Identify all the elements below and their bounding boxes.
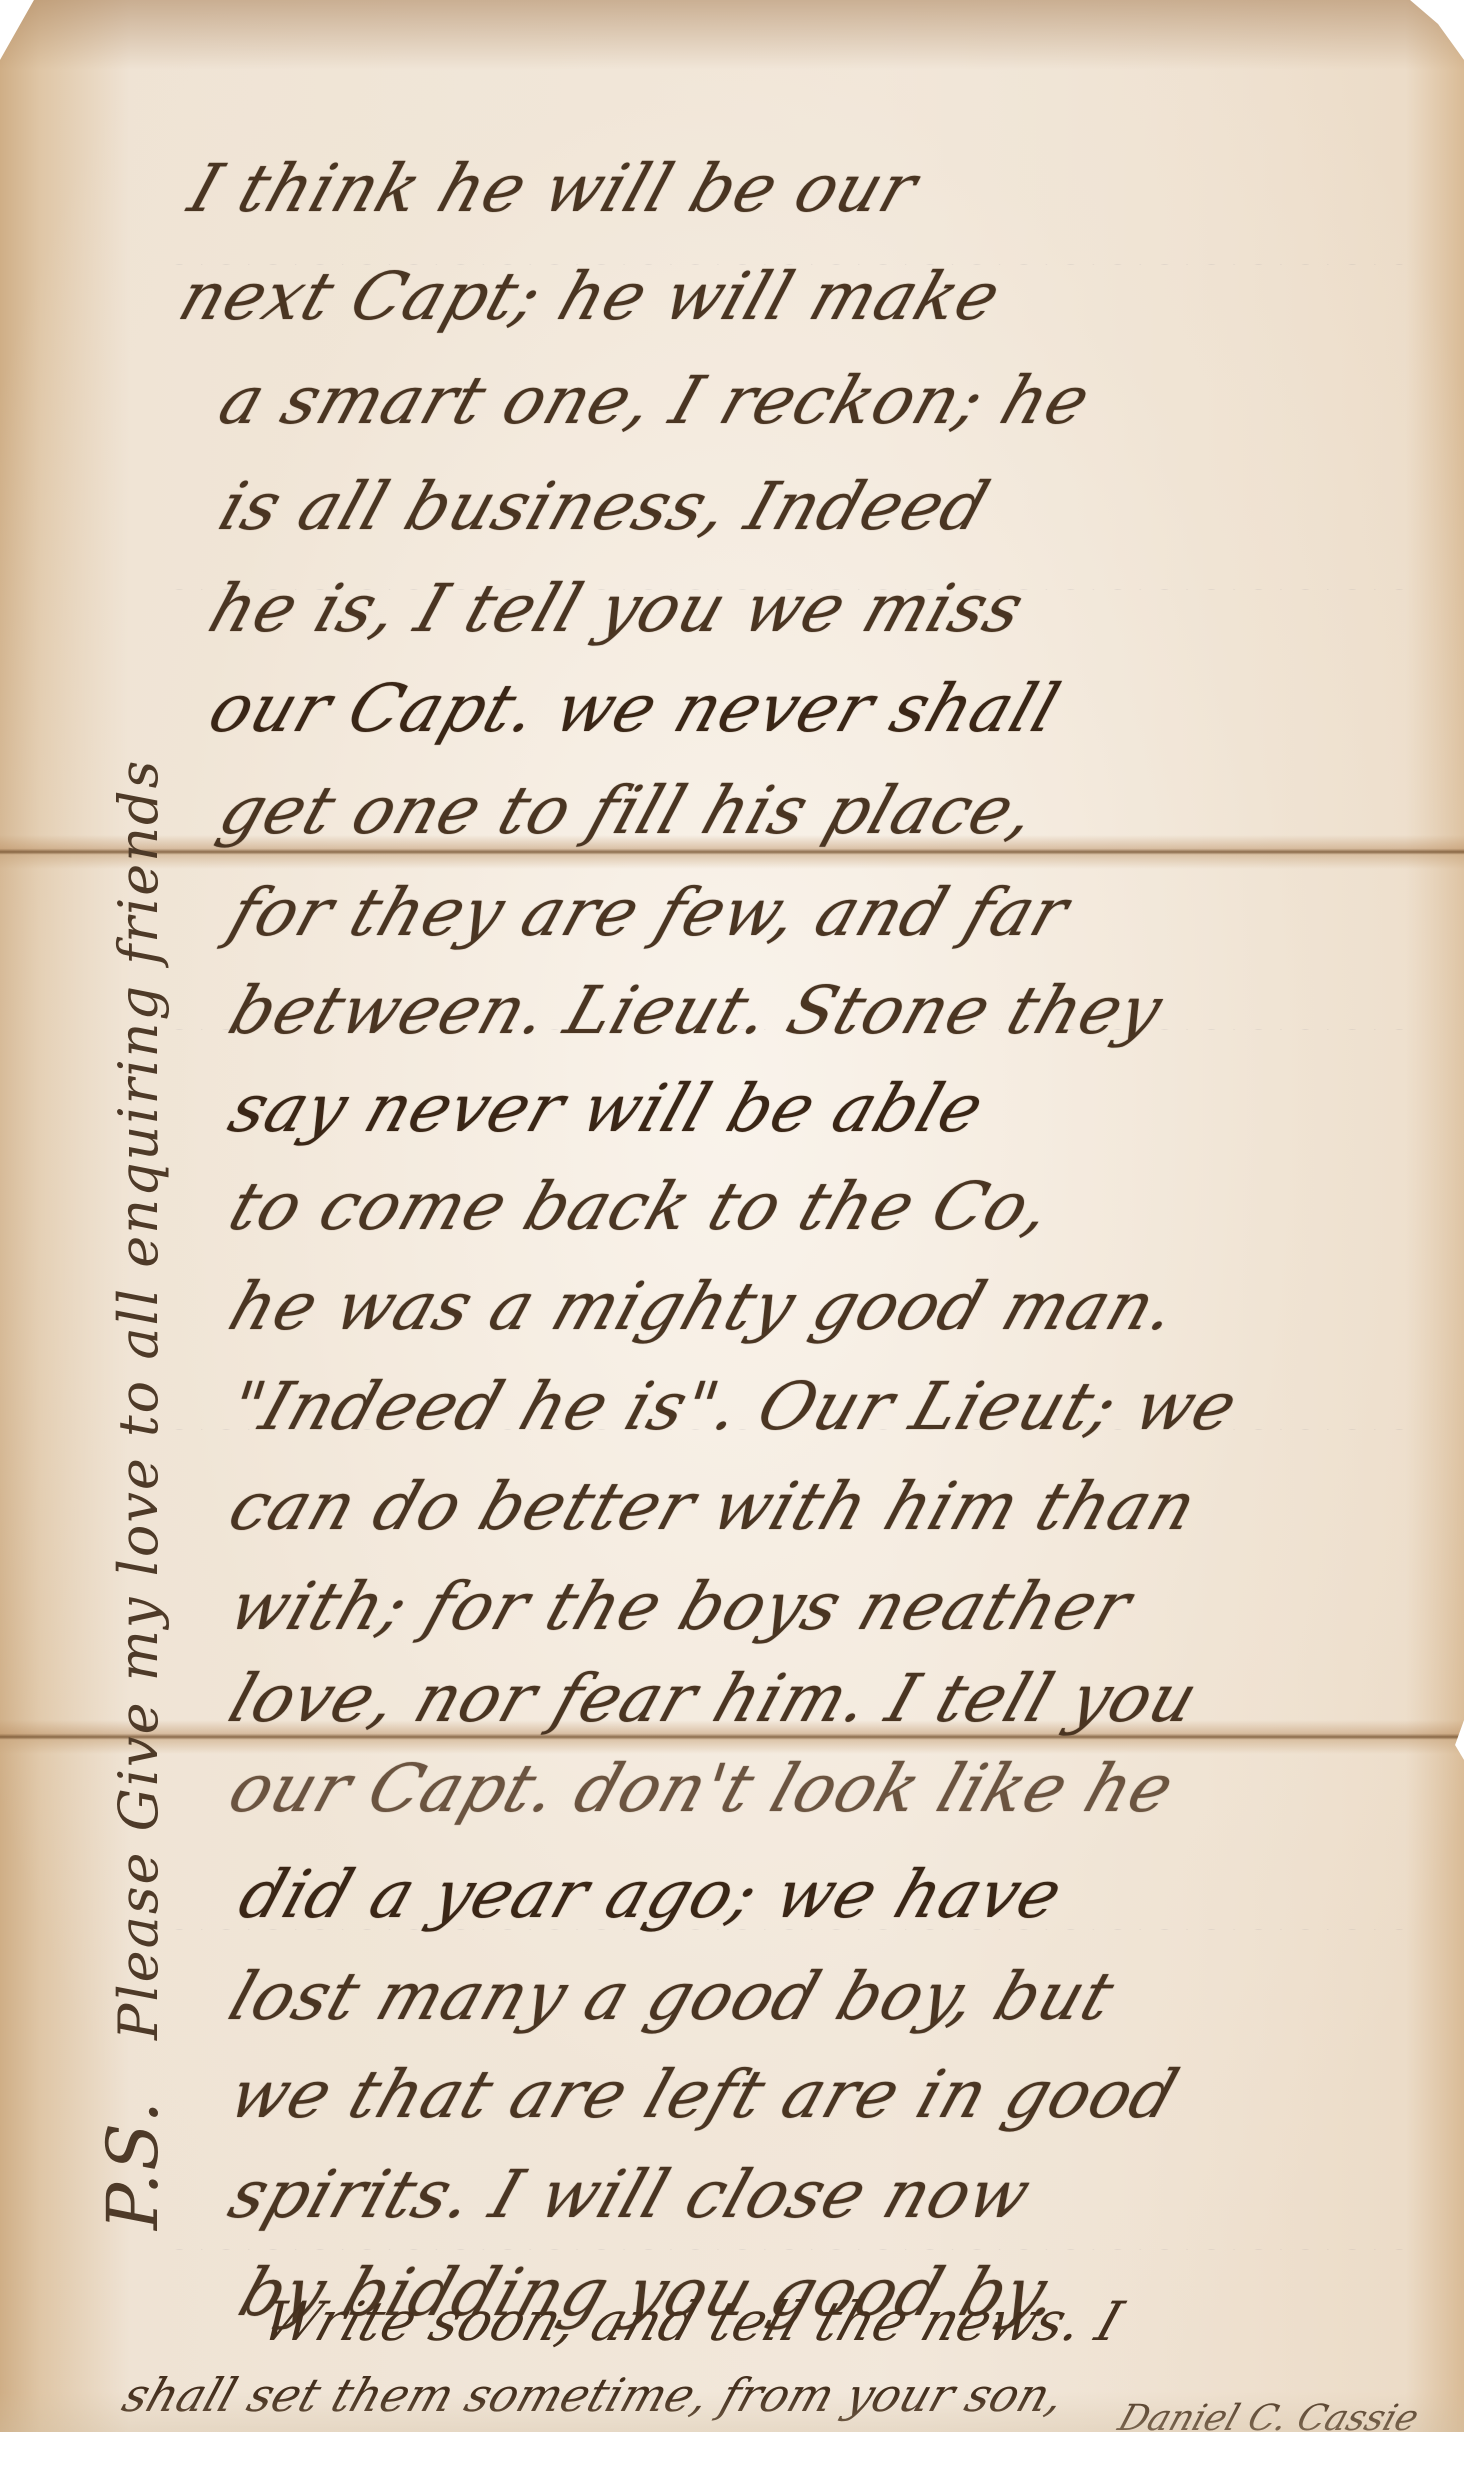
letter-line: a smart one, I reckon; he: [210, 362, 1100, 439]
letter-line: for they are few, and far: [220, 874, 1079, 951]
letter-line: he is, I tell you we miss: [200, 570, 1034, 647]
letter-page: ~~~~~~~~~~~~~~~~~~~~~~~~~~~~~~~~~~~~~~ ~…: [0, 0, 1464, 2432]
letter-line: can do better with him than: [220, 1468, 1206, 1545]
margin-postscript: P.S. Please Give my love to all enquirin…: [92, 759, 174, 2230]
letter-line: did a year ago; we have: [230, 1856, 1072, 1933]
letter-line: get one to fill his place,: [210, 772, 1046, 849]
letter-line: lost many a good boy, but: [220, 1958, 1124, 2035]
letter-line: "Indeed he is". Our Lieut; we: [220, 1368, 1247, 1445]
signature: Daniel C. Cassie: [1113, 2398, 1424, 2439]
letter-line: between. Lieut. Stone they: [220, 972, 1172, 1049]
letter-line: next Capt; he will make: [170, 258, 1010, 335]
letter-line: to come back to the Co,: [220, 1168, 1062, 1245]
letter-line: is all business, Indeed: [210, 468, 999, 545]
postscript-text: Please Give my love to all enquiring fri…: [107, 759, 170, 2040]
letter-line: we that are left are in good: [220, 2056, 1188, 2133]
letter-line: with; for the boys neather: [220, 1568, 1141, 1645]
letter-line: love, nor fear him. I tell you: [220, 1660, 1208, 1737]
letter-line: spirits. I will close now: [220, 2156, 1041, 2233]
letter-line: our Capt. we never shall: [200, 670, 1069, 747]
closing-line: shall set them sometime, from your son,: [116, 2368, 1072, 2422]
letter-line: he was a mighty good man.: [220, 1268, 1187, 1345]
letter-line: I think he will be our: [180, 150, 927, 227]
letter-line: say never will be able: [220, 1070, 994, 1147]
letter-line: our Capt. don't look like he: [220, 1750, 1184, 1827]
closing-line: Write soon, and tell the news. I: [255, 2290, 1130, 2353]
postscript-prefix: P.S.: [92, 2099, 174, 2230]
